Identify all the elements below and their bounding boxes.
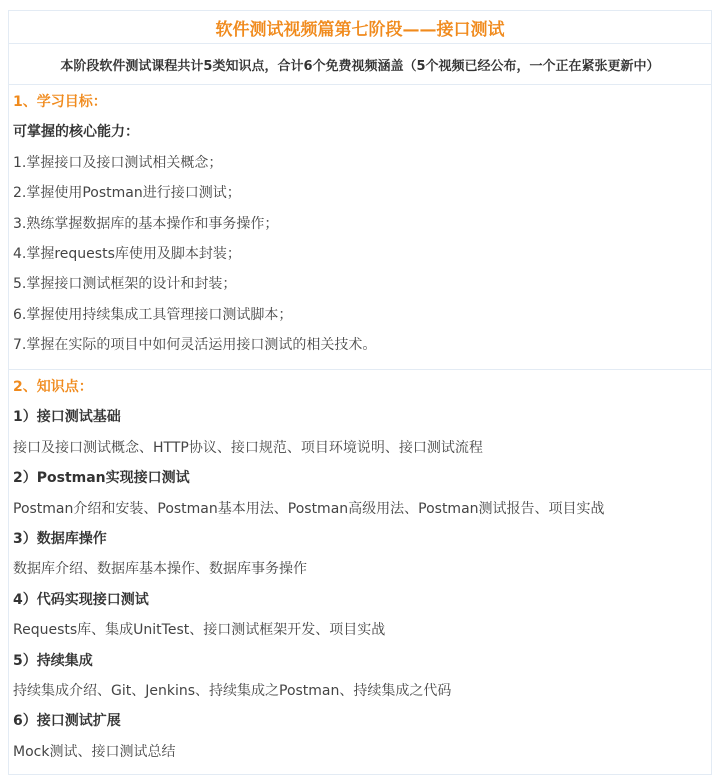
goal-item: 2.掌握使用Postman进行接口测试； bbox=[13, 178, 711, 208]
page-subtitle: 本阶段软件测试课程共计5类知识点，合计6个免费视频涵盖（5个视频已经公布，一个正… bbox=[60, 59, 659, 74]
topic-title: 1）接口测试基础 bbox=[13, 402, 711, 432]
topic-title: 6）接口测试扩展 bbox=[13, 706, 711, 736]
goal-item: 7.掌握在实际的项目中如何灵活运用接口测试的相关技术。 bbox=[13, 330, 711, 360]
topic-content: 数据库介绍、数据库基本操作、数据库事务操作 bbox=[13, 554, 711, 584]
page-title: 软件测试视频篇第七阶段——接口测试 bbox=[216, 20, 505, 40]
goal-item: 4.掌握requests库使用及脚本封装； bbox=[13, 239, 711, 269]
course-table: 软件测试视频篇第七阶段——接口测试 本阶段软件测试课程共计5类知识点，合计6个免… bbox=[8, 10, 712, 775]
topic-content: 接口及接口测试概念、HTTP协议、接口规范、项目环境说明、接口测试流程 bbox=[13, 433, 711, 463]
topic-title: 3）数据库操作 bbox=[13, 524, 711, 554]
learning-goals-section: 1、学习目标： 可掌握的核心能力： 1.掌握接口及接口测试相关概念； 2.掌握使… bbox=[9, 85, 712, 370]
subtitle-cell: 本阶段软件测试课程共计5类知识点，合计6个免费视频涵盖（5个视频已经公布，一个正… bbox=[9, 44, 712, 85]
topic-content: 持续集成介绍、Git、Jenkins、持续集成之Postman、持续集成之代码 bbox=[13, 676, 711, 706]
section-heading-goals: 1、学习目标： bbox=[13, 87, 711, 117]
topic-content: Requests库、集成UnitTest、接口测试框架开发、项目实战 bbox=[13, 615, 711, 645]
goal-item: 5.掌握接口测试框架的设计和封装； bbox=[13, 269, 711, 299]
title-cell: 软件测试视频篇第七阶段——接口测试 bbox=[9, 11, 712, 44]
topic-title: 5）持续集成 bbox=[13, 646, 711, 676]
section-heading-knowledge: 2、知识点： bbox=[13, 372, 711, 402]
goal-item: 1.掌握接口及接口测试相关概念； bbox=[13, 148, 711, 178]
goal-item: 3.熟练掌握数据库的基本操作和事务操作； bbox=[13, 209, 711, 239]
goal-item: 6.掌握使用持续集成工具管理接口测试脚本； bbox=[13, 300, 711, 330]
knowledge-points-section: 2、知识点： 1）接口测试基础 接口及接口测试概念、HTTP协议、接口规范、项目… bbox=[9, 370, 712, 775]
topic-content: Postman介绍和安装、Postman基本用法、Postman高级用法、Pos… bbox=[13, 494, 711, 524]
section-subheading-abilities: 可掌握的核心能力： bbox=[13, 117, 711, 147]
topic-title: 4）代码实现接口测试 bbox=[13, 585, 711, 615]
topic-content: Mock测试、接口测试总结 bbox=[13, 737, 711, 767]
topic-title: 2）Postman实现接口测试 bbox=[13, 463, 711, 493]
